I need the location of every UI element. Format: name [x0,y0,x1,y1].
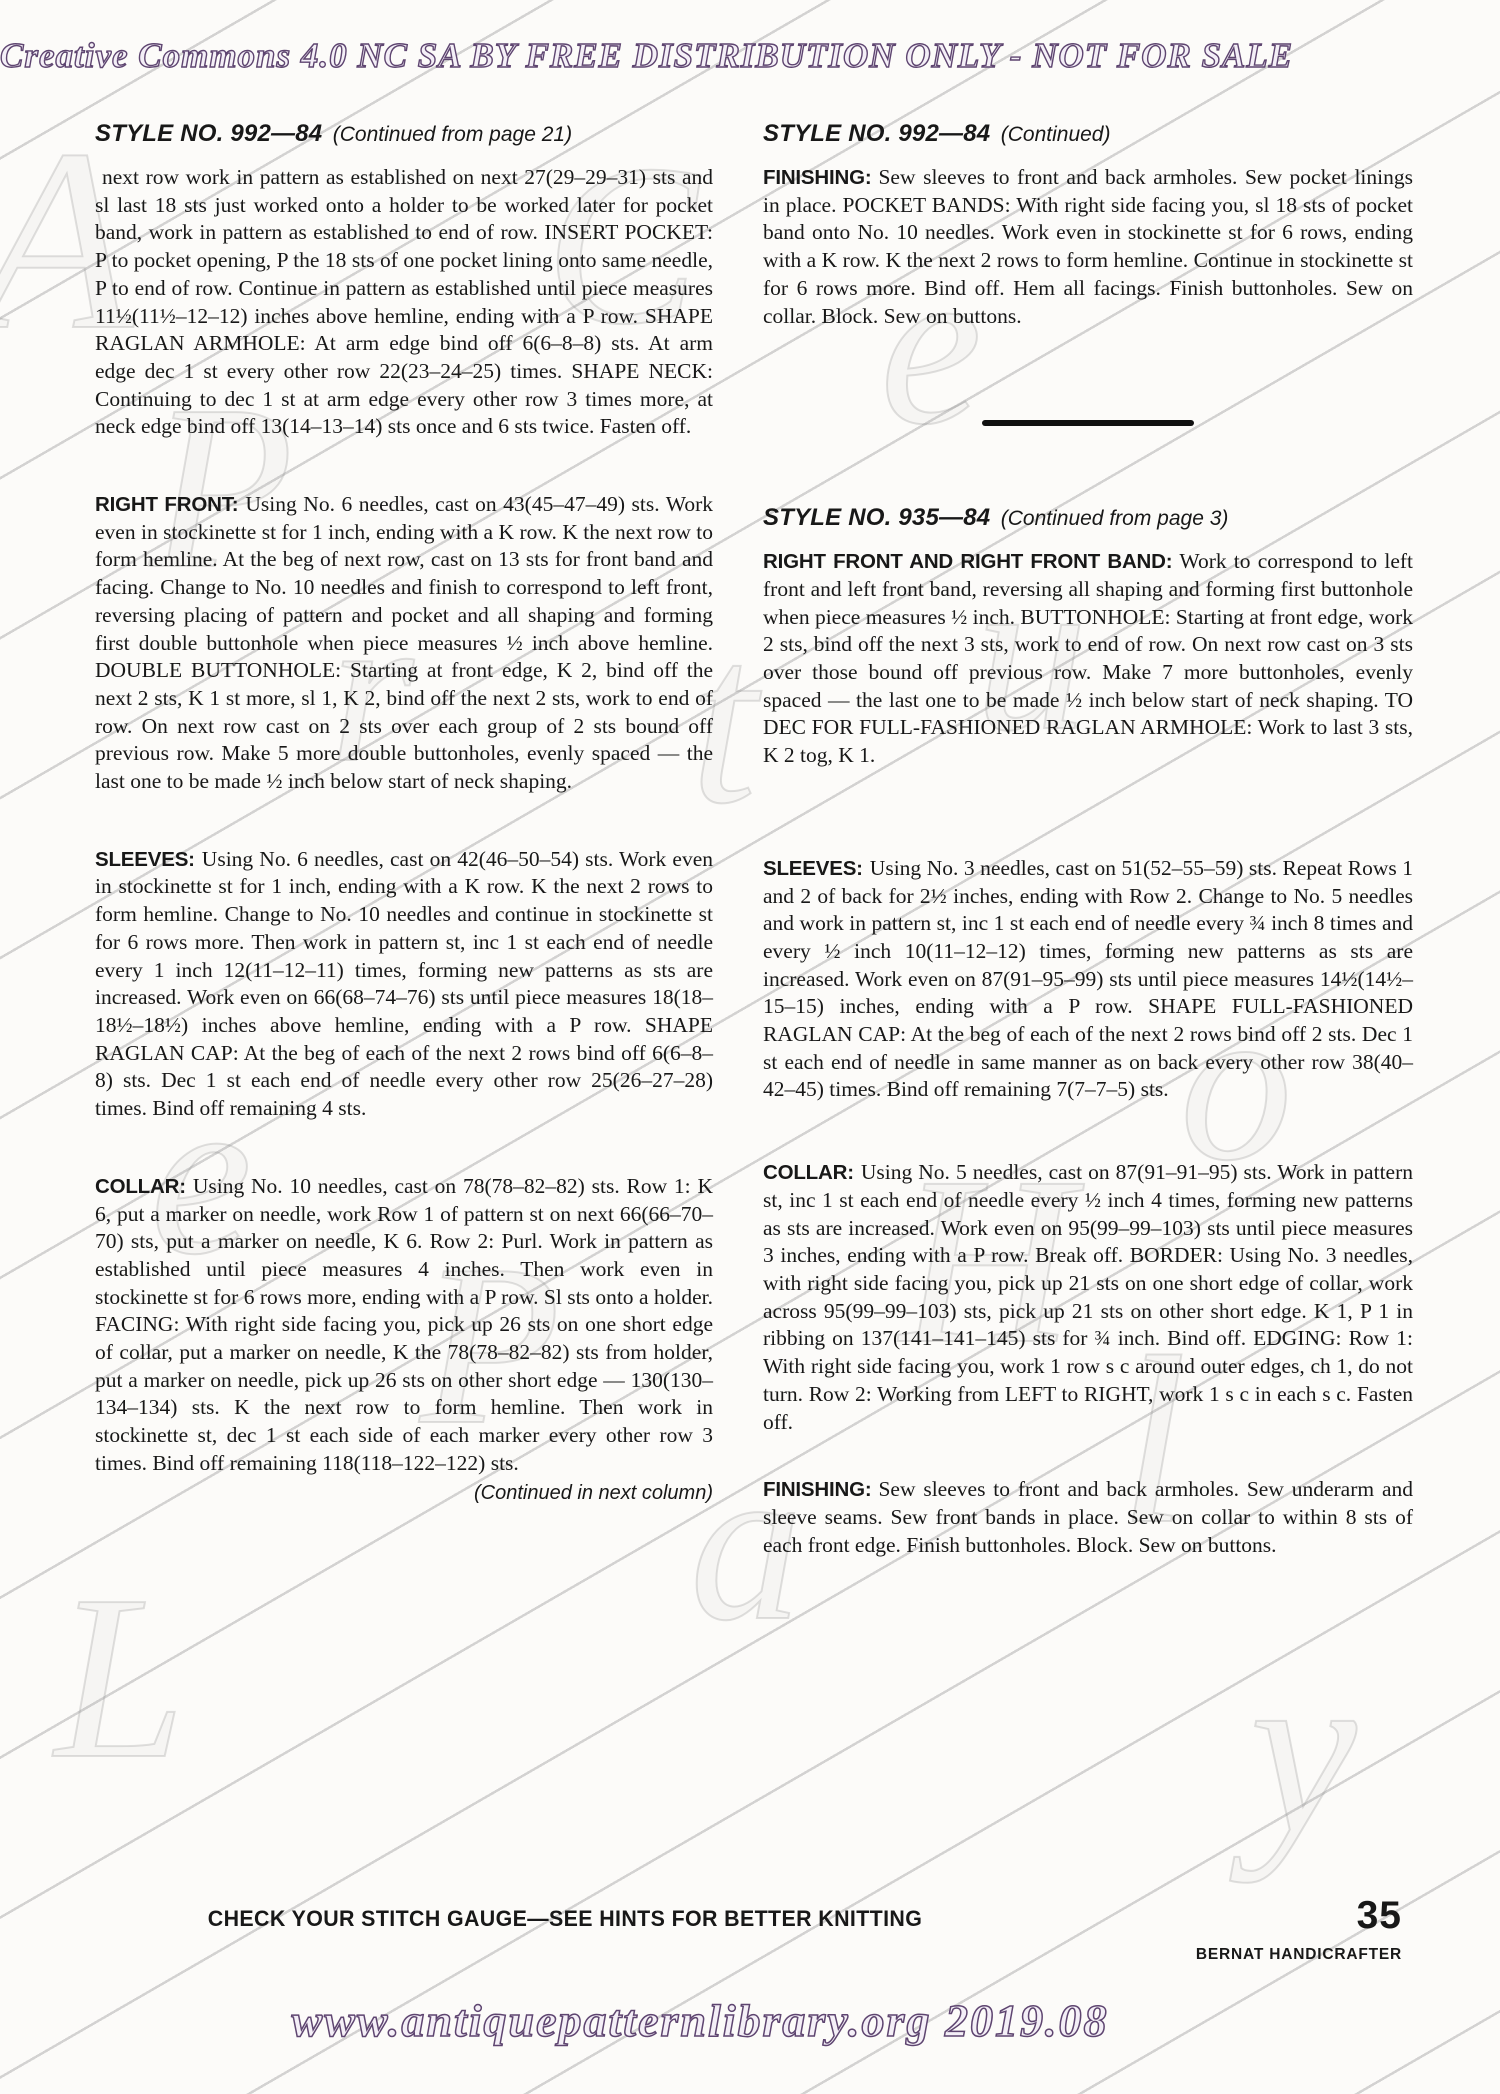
stitch-gauge-footer-line: CHECK YOUR STITCH GAUGE—SEE HINTS FOR BE… [152,1906,979,1932]
continued-from-note: (Continued from page 3) [1001,507,1229,530]
continued-note: (Continued) [1001,123,1111,146]
paragraph-lead: FINISHING: [763,166,871,189]
paragraph-finishing-992: FINISHING:Sew sleeves to front and back … [763,164,1413,330]
paragraph-sleeves-935: SLEEVES:Using No. 3 needles, cast on 51(… [763,855,1413,1104]
paragraph-text: Sew sleeves to front and back armholes. … [763,165,1413,328]
page-number: 35 [1357,1894,1402,1938]
paragraph-text: Work to correspond to left front and lef… [763,549,1413,767]
spacer [763,1436,1413,1476]
style-number: STYLE NO. 992—84 [763,120,990,147]
paragraph-lead: COLLAR: [95,1175,186,1198]
paragraph-text: Using No. 3 needles, cast on 51(52–55–59… [763,856,1413,1102]
paragraph-text: Using No. 6 needles, cast on 42(46–50–54… [95,847,713,1120]
archive-url-banner: www.antiquepatternlibrary.org 2019.08 [0,1994,1400,2047]
creative-commons-banner: Creative Commons 4.0 NC SA BY FREE DISTR… [0,36,1120,76]
paragraph-lead: RIGHT FRONT AND RIGHT FRONT BAND: [763,550,1172,573]
continued-from-note: (Continued from page 21) [333,123,572,146]
paragraph-lead: SLEEVES: [95,848,195,871]
paragraph-collar-935: COLLAR:Using No. 5 needles, cast on 87(9… [763,1159,1413,1436]
paragraph-text: Using No. 6 needles, cast on 43(45–47–49… [95,492,713,793]
publication-imprint: BERNAT HANDICRAFTER [1196,1946,1402,1964]
paragraph-lead: FINISHING: [763,1478,871,1501]
style-heading-935: STYLE NO. 935—84 (Continued from page 3) [763,504,1413,532]
paragraph-lead: SLEEVES: [763,857,863,880]
paragraph-pocket: next row work in pattern as established … [95,164,713,441]
paragraph-text: Using No. 5 needles, cast on 87(91–91–95… [763,1160,1413,1433]
style-number: STYLE NO. 992—84 [95,120,322,147]
paragraph-text: next row work in pattern as established … [95,165,713,438]
section-divider-rule [982,420,1194,426]
spacer [763,1104,1413,1159]
spacer [763,770,1413,855]
paragraph-lead: RIGHT FRONT: [95,493,238,516]
continued-in-next-column-note: (Continued in next column) [95,1482,713,1505]
page-content: Creative Commons 4.0 NC SA BY FREE DISTR… [0,0,1500,2094]
paragraph-finishing-935: FINISHING:Sew sleeves to front and back … [763,1476,1413,1559]
paragraph-text: Using No. 10 needles, cast on 78(78–82–8… [95,1174,713,1475]
paragraph-collar-992: COLLAR:Using No. 10 needles, cast on 78(… [95,1173,713,1478]
style-heading-992-left: STYLE NO. 992—84 (Continued from page 21… [95,120,713,148]
right-column: STYLE NO. 992—84 (Continued) FINISHING:S… [763,120,1413,1559]
style-number: STYLE NO. 935—84 [763,504,990,531]
paragraph-sleeves-992: SLEEVES:Using No. 6 needles, cast on 42(… [95,846,713,1123]
paragraph-right-front: RIGHT FRONT:Using No. 6 needles, cast on… [95,491,713,796]
paragraph-lead: COLLAR: [763,1161,854,1184]
left-column: STYLE NO. 992—84 (Continued from page 21… [95,120,713,1505]
paragraph-right-front-band-935: RIGHT FRONT AND RIGHT FRONT BAND:Work to… [763,548,1413,770]
style-heading-992-right: STYLE NO. 992—84 (Continued) [763,120,1413,148]
scanned-page: APrCetuePaHolyL Creative Commons 4.0 NC … [0,0,1500,2094]
